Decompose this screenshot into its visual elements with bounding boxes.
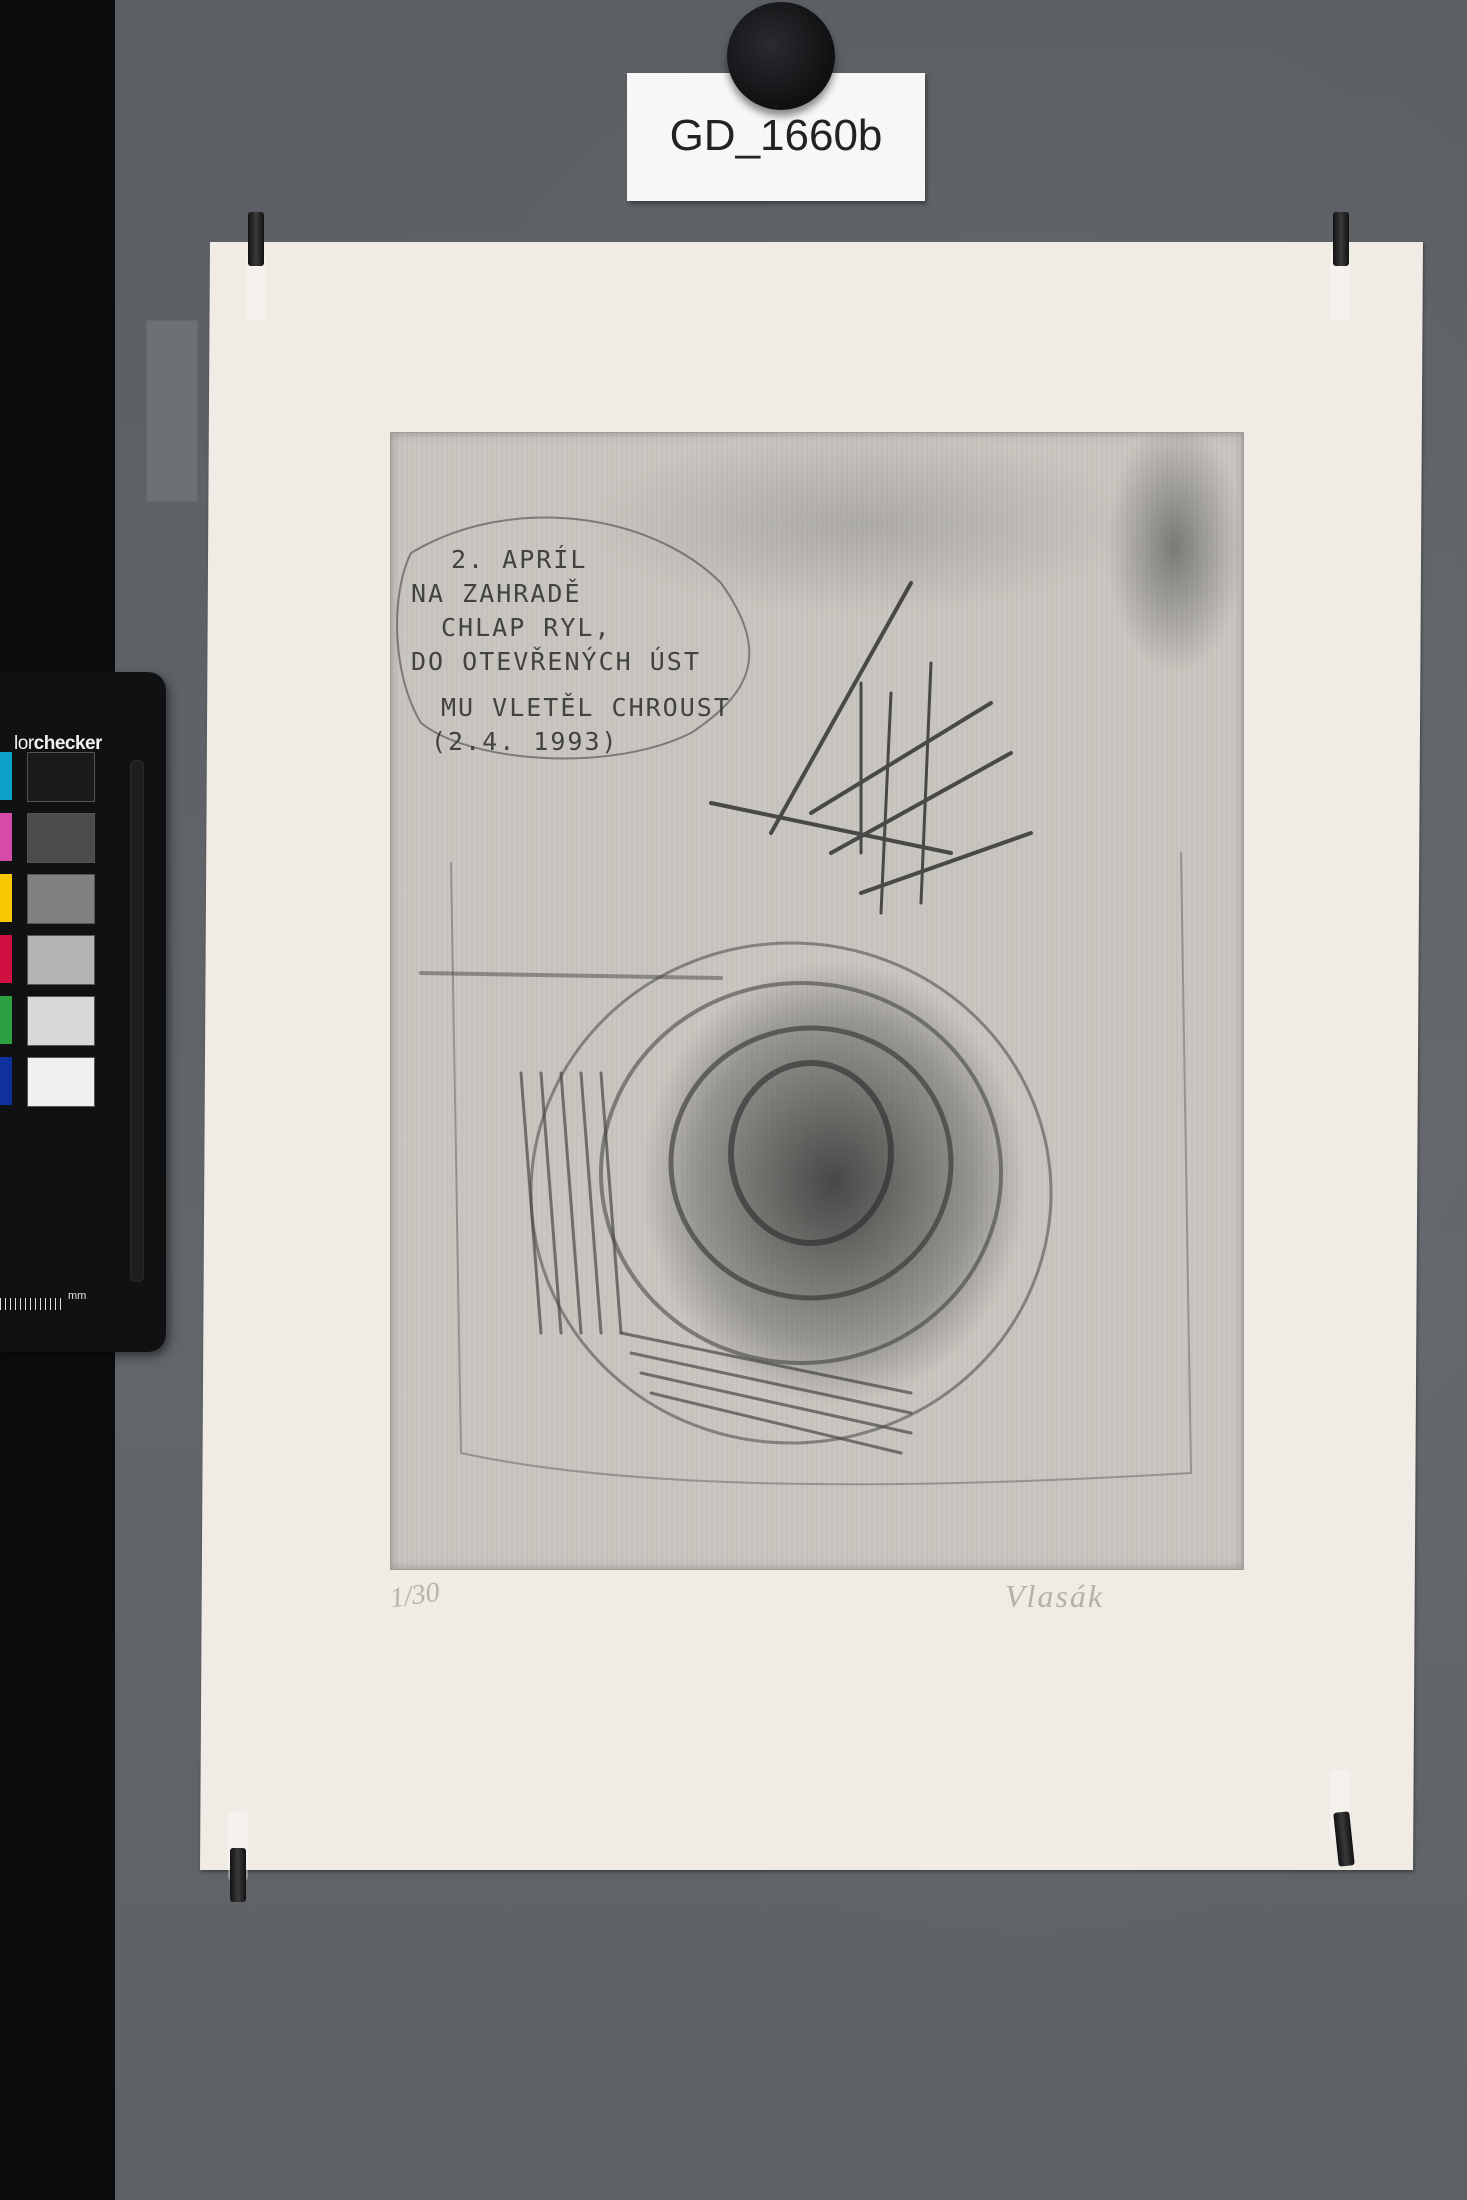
clip-top-left — [248, 212, 264, 266]
brand-light: lor — [14, 733, 34, 754]
inscription-line: CHLAP RYL, — [411, 611, 741, 645]
gray-patch-4 — [27, 935, 95, 985]
ruler-unit: mm — [68, 1290, 160, 1302]
clip-top-right — [1333, 212, 1349, 266]
gray-patch-1 — [27, 752, 95, 802]
gray-patch-3 — [27, 874, 95, 924]
checker-slot — [130, 760, 144, 1282]
red-patch — [0, 935, 12, 983]
gray-patch-2 — [27, 813, 95, 863]
yellow-patch — [0, 874, 12, 922]
inscription-line: 2. APRÍL — [411, 543, 741, 577]
etching-plate-impression: 2. APRÍL NA ZAHRADĚ CHLAP RYL, DO OTEVŘE… — [390, 432, 1244, 1570]
inscription-line: DO OTEVŘENÝCH ÚST — [411, 645, 741, 679]
clip-bottom-left — [230, 1848, 246, 1902]
tape-piece — [146, 320, 198, 502]
brand-bold: checker — [34, 733, 102, 754]
blue-patch — [0, 1057, 12, 1105]
magenta-patch — [0, 813, 12, 861]
gray-patch-6 — [27, 1057, 95, 1107]
gray-patch-5 — [27, 996, 95, 1046]
inscription-line: MU VLETĚL CHROUST — [411, 691, 741, 725]
plate-inscription: 2. APRÍL NA ZAHRADĚ CHLAP RYL, DO OTEVŘE… — [411, 543, 741, 759]
inscription-line: NA ZAHRADĚ — [411, 577, 741, 611]
inscription-line: (2.4. 1993) — [411, 725, 741, 759]
green-patch — [0, 996, 12, 1044]
magnet-icon — [727, 2, 835, 110]
artist-signature: Vlasák — [1005, 1578, 1104, 1615]
ruler-ticks — [0, 1298, 62, 1310]
id-label-text: GD_1660b — [627, 111, 925, 161]
cyan-patch — [0, 752, 12, 800]
